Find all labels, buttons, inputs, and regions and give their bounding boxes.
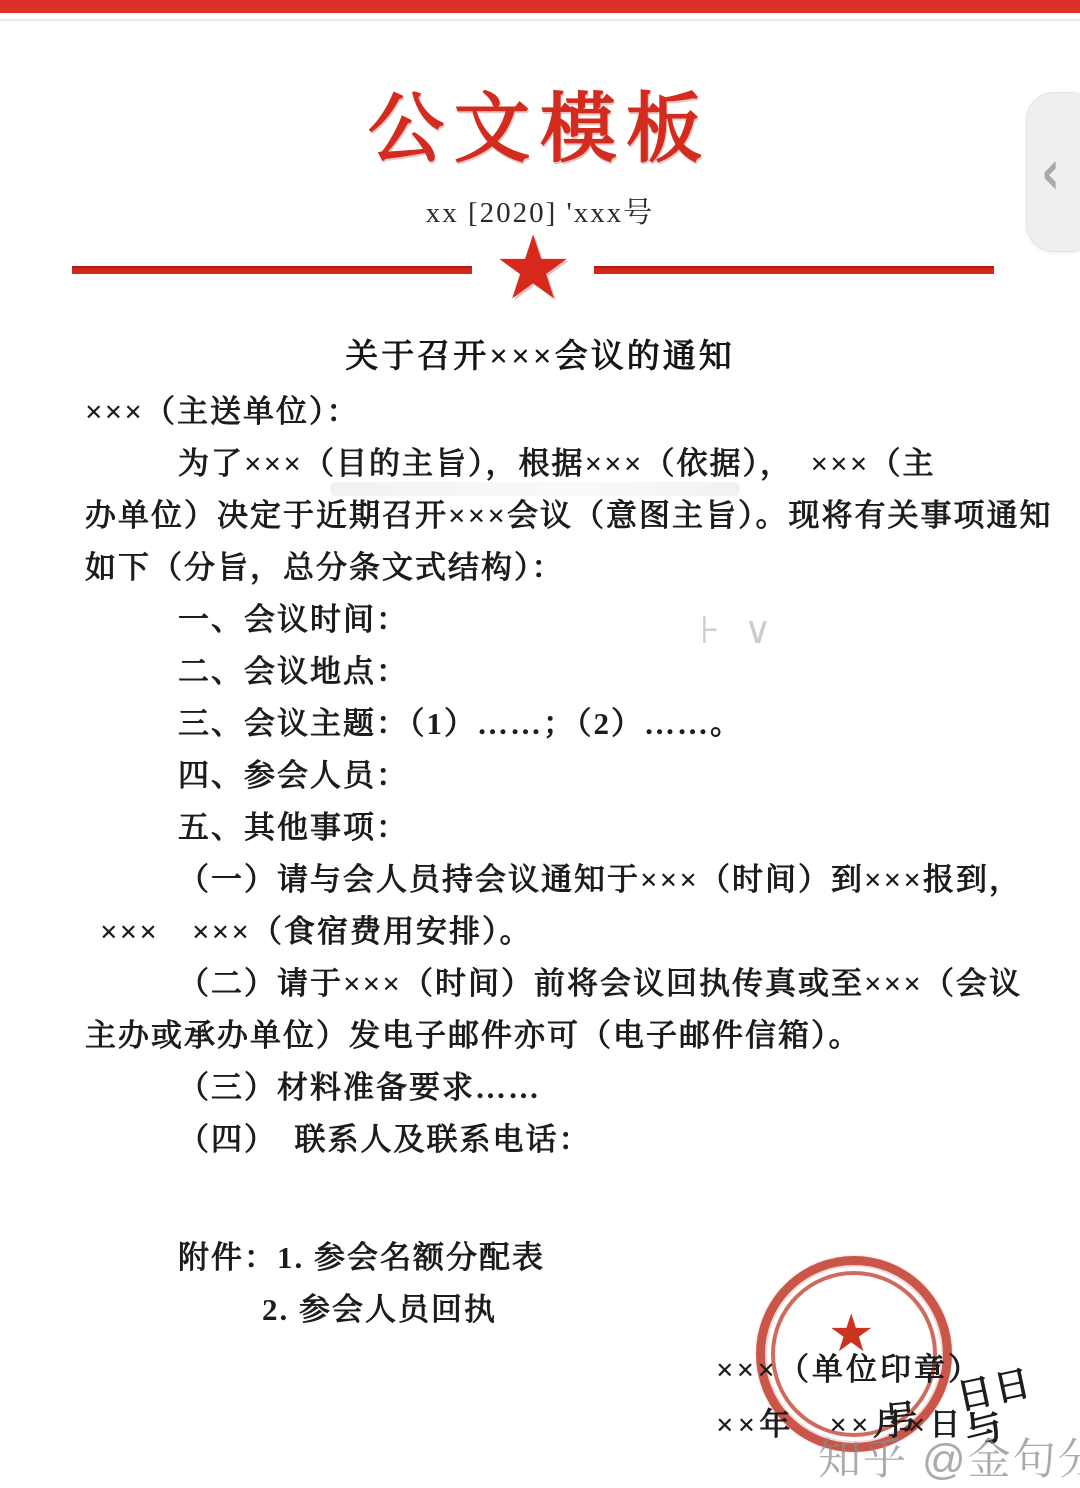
signature-unit: ×××（单位印章） [716, 1344, 982, 1389]
top-red-bar [0, 0, 1080, 13]
body-line: 一、会议时间： [85, 594, 1000, 646]
body-line: （三）材料准备要求…… [85, 1062, 1000, 1114]
document-body: ×××（主送单位）： 为了×××（目的主旨），根据×××（依据）， ×××（主 … [85, 386, 1000, 1166]
body-line: （四） 联系人及联系电话： [85, 1114, 1000, 1166]
red-star-icon: ★ [494, 224, 573, 312]
body-line: 三、会议主题：（1）……；（2）……。 [85, 698, 1000, 750]
zhihu-watermark: 知乎 @金句分享 [818, 1426, 1080, 1487]
body-line: ×××（主送单位）： [85, 386, 1000, 438]
top-divider-line [0, 19, 1080, 21]
body-line: 五、其他事项： [85, 802, 1000, 854]
notice-title: 关于召开×××会议的通知 [0, 330, 1080, 377]
red-rule-left-segment [72, 266, 472, 274]
document-template-title: 公文模板 [0, 68, 1080, 177]
red-rule-right-segment [594, 266, 994, 274]
body-line: 如下（分旨，总分条文式结构）： [85, 542, 1000, 594]
body-line: 二、会议地点： [85, 646, 1000, 698]
body-line: ××× ×××（食宿费用安排）。 [85, 906, 1000, 958]
body-line: （一）请与会人员持会议通知于×××（时间）到×××报到， [85, 854, 1000, 906]
body-line: 四、参会人员： [85, 750, 1000, 802]
body-line: 办单位）决定于近期召开×××会议（意图主旨）。现将有关事项通知 [85, 490, 1000, 542]
body-line: 为了×××（目的主旨），根据×××（依据）， ×××（主 [85, 438, 1000, 490]
body-line: （二）请于×××（时间）前将会议回执传真或至×××（会议 [85, 958, 1000, 1010]
red-divider-rule: ★ [72, 232, 994, 308]
body-line: 主办或承办单位）发电子邮件亦可（电子邮件信箱）。 [85, 1010, 1000, 1062]
